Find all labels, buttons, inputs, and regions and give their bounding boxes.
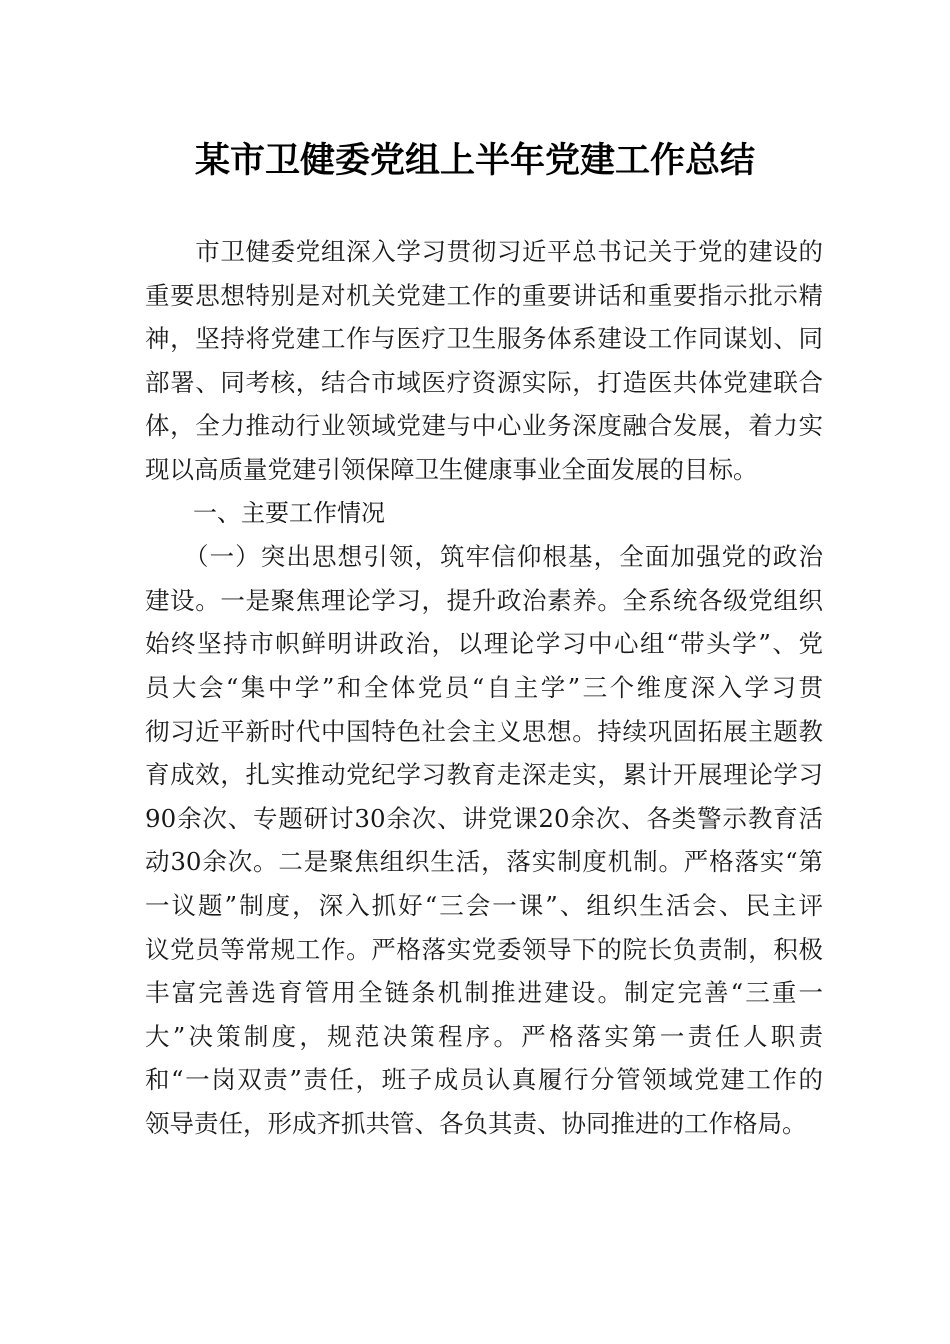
section1-line-6: 育成效，扎实推动党纪学习教育走深走实，累计开展理论学习 — [145, 753, 823, 797]
intro-line-3: 神，坚持将党建工作与医疗卫生服务体系建设工作同谋划、同 — [145, 317, 823, 361]
document-title: 某市卫健委党组上半年党建工作总结 — [0, 136, 950, 186]
section1-line-2: 建设。一是聚焦理论学习，提升政治素养。全系统各级党组织 — [145, 579, 823, 623]
section1-line-13: 和“一岗双责”责任，班子成员认真履行分管领域党建工作的 — [145, 1058, 823, 1102]
intro-line-1: 市卫健委党组深入学习贯彻习近平总书记关于党的建设的 — [145, 230, 823, 274]
section1-line-4: 员大会“集中学”和全体党员“自主学”三个维度深入学习贯 — [145, 666, 823, 710]
section1-line-14: 领导责任，形成齐抓共管、各负其责、协同推进的工作格局。 — [145, 1102, 823, 1146]
intro-line-6: 现以高质量党建引领保障卫生健康事业全面发展的目标。 — [145, 448, 823, 492]
section-heading: 一、主要工作情况 — [145, 492, 823, 536]
section1-line-12: 大”决策制度，规范决策程序。严格落实第一责任人职责 — [145, 1015, 823, 1059]
section1-line-3: 始终坚持市帜鲜明讲政治，以理论学习中心组“带头学”、党 — [145, 622, 823, 666]
document-page: 某市卫健委党组上半年党建工作总结 市卫健委党组深入学习贯彻习近平总书记关于党的建… — [0, 0, 950, 1344]
intro-line-2: 重要思想特别是对机关党建工作的重要讲话和重要指示批示精 — [145, 274, 823, 318]
section1-line-5: 彻习近平新时代中国特色社会主义思想。持续巩固拓展主题教 — [145, 710, 823, 754]
section1-line-10: 议党员等常规工作。严格落实党委领导下的院长负责制，积极 — [145, 928, 823, 972]
document-body: 市卫健委党组深入学习贯彻习近平总书记关于党的建设的 重要思想特别是对机关党建工作… — [145, 230, 823, 1145]
section1-line-7: 90余次、专题研讨30余次、讲党课20余次、各类警示教育活 — [145, 797, 823, 841]
section1-line-9: 一议题”制度，深入抓好“三会一课”、组织生活会、民主评 — [145, 884, 823, 928]
section1-line-1: （一）突出思想引领，筑牢信仰根基，全面加强党的政治 — [145, 535, 823, 579]
section1-line-8: 动30余次。二是聚焦组织生活，落实制度机制。严格落实“第 — [145, 840, 823, 884]
intro-line-5: 体，全力推动行业领域党建与中心业务深度融合发展，着力实 — [145, 404, 823, 448]
intro-line-4: 部署、同考核，结合市域医疗资源实际，打造医共体党建联合 — [145, 361, 823, 405]
section1-line-11: 丰富完善选育管用全链条机制推进建设。制定完善“三重一 — [145, 971, 823, 1015]
